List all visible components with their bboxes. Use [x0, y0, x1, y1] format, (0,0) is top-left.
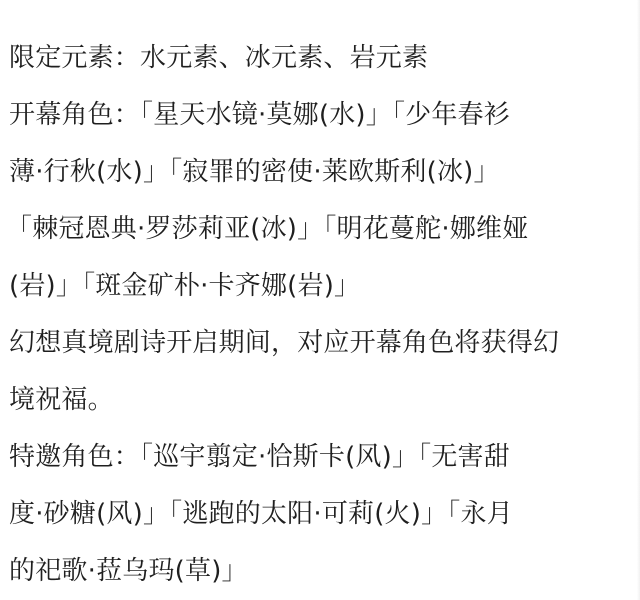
opening-characters-line-4: (岩)」「斑金矿朴·卡齐娜(岩)」 — [9, 266, 360, 306]
special-guests-line-2: 度·砂糖(风)」「逃跑的太阳·可莉(火)」「永月 — [9, 494, 513, 534]
document-page: 限定元素：水元素、冰元素、岩元素 开幕角色：「星天水镜·莫娜(水)」「少年春衫 … — [0, 0, 640, 600]
blessing-note-line-2: 境祝福。 — [9, 380, 114, 420]
special-guests-line-3: 的祀歌·菈乌玛(草)」 — [9, 551, 248, 591]
opening-characters-line-2: 薄·行秋(水)」「寂罪的密使·莱欧斯利(冰)」 — [9, 152, 500, 192]
blessing-note-line-1: 幻想真境剧诗开启期间，对应开幕角色将获得幻 — [9, 323, 559, 363]
special-guests-line-1: 特邀角色：「巡宇翦定·恰斯卡(风)」「无害甜 — [9, 437, 510, 477]
limited-elements-line: 限定元素：水元素、冰元素、岩元素 — [9, 38, 428, 78]
opening-characters-line-1: 开幕角色：「星天水镜·莫娜(水)」「少年春衫 — [9, 95, 510, 135]
opening-characters-line-3: 「棘冠恩典·罗莎莉亚(冰)」「明花蔓舵·娜维娅 — [6, 209, 528, 249]
